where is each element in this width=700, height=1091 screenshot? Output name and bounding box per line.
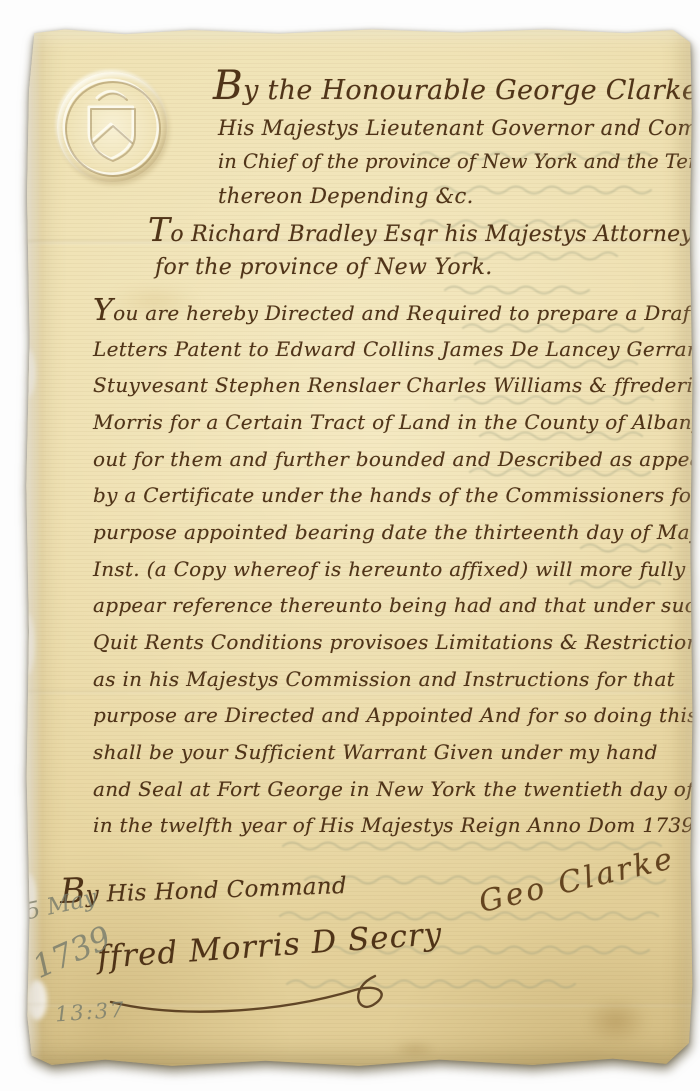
body-line: as in his Majestys Commission and Instru…	[93, 667, 675, 691]
body-line: appear reference thereunto being had and…	[93, 593, 693, 617]
body-line: Inst. (a Copy whereof is hereunto affixe…	[93, 557, 685, 581]
embossed-seal	[57, 72, 167, 182]
heading-line: His Majestys Lieutenant Governor and Com…	[218, 116, 693, 140]
stain	[573, 990, 659, 1052]
address-line: To Richard Bradley Esqr his Majestys Att…	[148, 218, 693, 247]
body-line: in the twelfth year of His Majestys Reig…	[93, 813, 693, 837]
body-line: purpose are Directed and Appointed And f…	[93, 703, 693, 727]
body-line: out for them and further bounded and Des…	[93, 447, 693, 471]
heading-line: in Chief of the province of New York and…	[218, 150, 693, 173]
signature-flourish	[105, 966, 415, 1028]
seal-crest-icon	[57, 72, 167, 182]
stain	[385, 1036, 445, 1062]
command-line: By His Hond Command	[60, 870, 348, 909]
scan-background: By the Honourable George Clarke Esqr His…	[0, 0, 700, 1091]
body-line: by a Certificate under the hands of the …	[93, 483, 693, 507]
address-line: for the province of New York.	[155, 255, 493, 280]
paper-surface: By the Honourable George Clarke Esqr His…	[25, 28, 693, 1068]
body-line: Morris for a Certain Tract of Land in th…	[93, 410, 693, 434]
governor-signature: Geo Clarke	[476, 841, 679, 920]
heading-line: By the Honourable George Clarke Esqr	[213, 70, 693, 106]
body-line: and Seal at Fort George in New York the …	[93, 777, 693, 801]
body-line: Letters Patent to Edward Collins James D…	[93, 337, 693, 361]
body-line: Quit Rents Conditions provisoes Limitati…	[93, 630, 693, 654]
body-line: Stuyvesant Stephen Renslaer Charles Will…	[93, 373, 693, 397]
manuscript-sheet: By the Honourable George Clarke Esqr His…	[25, 28, 693, 1068]
paper-chip	[27, 980, 47, 1020]
heading-line: thereon Depending &c.	[218, 184, 474, 208]
body-line: shall be your Sufficient Warrant Given u…	[93, 740, 658, 764]
pencil-catalog-number: 13:37	[54, 998, 126, 1027]
body-line: You are hereby Directed and Required to …	[93, 300, 693, 325]
body-line: purpose appointed bearing date the thirt…	[93, 520, 693, 544]
